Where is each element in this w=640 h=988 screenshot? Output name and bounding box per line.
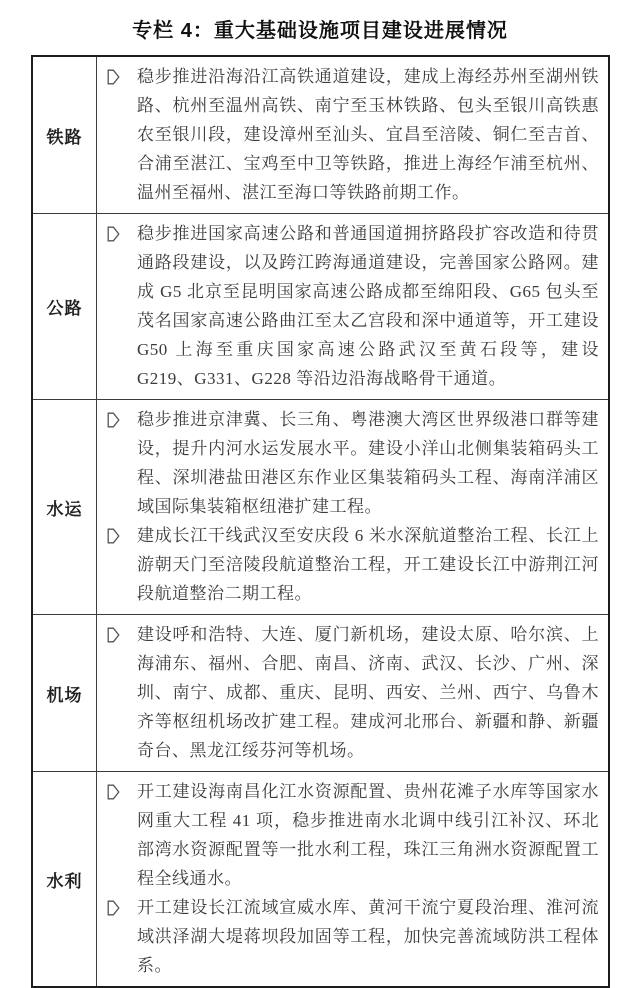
arrow-bullet-icon xyxy=(107,627,120,643)
bullet-item: 稳步推进国家高速公路和普通国道拥挤路段扩容改造和待贯通路段建设，以及跨江跨海通道… xyxy=(107,219,599,393)
bullet-text: 建成长江干线武汉至安庆段 6 米水深航道整治工程、长江上游朝天门至涪陵段航道整治… xyxy=(137,521,599,608)
bullet-item: 稳步推进沿海沿江高铁通道建设，建成上海经苏州至湖州铁路、杭州至温州高铁、南宁至玉… xyxy=(107,62,599,207)
bullet-item: 建成长江干线武汉至安庆段 6 米水深航道整治工程、长江上游朝天门至涪陵段航道整治… xyxy=(107,521,599,608)
row-label: 机场 xyxy=(33,615,97,771)
bullet-item: 建设呼和浩特、大连、厦门新机场，建设太原、哈尔滨、上海浦东、福州、合肥、南昌、济… xyxy=(107,620,599,765)
document-page: 专栏 4：重大基础设施项目建设进展情况 铁路 稳步推进沿海沿江高铁通道建设，建成… xyxy=(0,0,640,988)
table-row-公路: 公路 稳步推进国家高速公路和普通国道拥挤路段扩容改造和待贯通路段建设，以及跨江跨… xyxy=(33,214,608,400)
arrow-bullet-icon xyxy=(107,412,120,428)
box-title: 专栏 4：重大基础设施项目建设进展情况 xyxy=(0,14,640,43)
row-label: 公路 xyxy=(33,214,97,399)
row-content: 稳步推进京津冀、长三角、粤港澳大湾区世界级港口群等建设，提升内河水运发展水平。建… xyxy=(97,400,608,614)
arrow-bullet-icon xyxy=(107,226,120,242)
table-row-铁路: 铁路 稳步推进沿海沿江高铁通道建设，建成上海经苏州至湖州铁路、杭州至温州高铁、南… xyxy=(33,57,608,214)
bullet-text: 建设呼和浩特、大连、厦门新机场，建设太原、哈尔滨、上海浦东、福州、合肥、南昌、济… xyxy=(137,620,599,765)
table-row-机场: 机场 建设呼和浩特、大连、厦门新机场，建设太原、哈尔滨、上海浦东、福州、合肥、南… xyxy=(33,615,608,772)
arrow-bullet-icon xyxy=(107,900,120,916)
row-label: 铁路 xyxy=(33,57,97,213)
table-row-水利: 水利 开工建设海南昌化江水资源配置、贵州花滩子水库等国家水网重大工程 41 项，… xyxy=(33,772,608,986)
row-label: 水利 xyxy=(33,772,97,986)
bullet-item: 稳步推进京津冀、长三角、粤港澳大湾区世界级港口群等建设，提升内河水运发展水平。建… xyxy=(107,405,599,521)
bullet-item: 开工建设海南昌化江水资源配置、贵州花滩子水库等国家水网重大工程 41 项，稳步推… xyxy=(107,777,599,893)
arrow-bullet-icon xyxy=(107,784,120,800)
arrow-bullet-icon xyxy=(107,528,120,544)
bullet-text: 稳步推进沿海沿江高铁通道建设，建成上海经苏州至湖州铁路、杭州至温州高铁、南宁至玉… xyxy=(137,62,599,207)
bullet-text: 稳步推进国家高速公路和普通国道拥挤路段扩容改造和待贯通路段建设，以及跨江跨海通道… xyxy=(137,219,599,393)
row-content: 稳步推进国家高速公路和普通国道拥挤路段扩容改造和待贯通路段建设，以及跨江跨海通道… xyxy=(97,214,608,399)
row-label: 水运 xyxy=(33,400,97,614)
row-content: 开工建设海南昌化江水资源配置、贵州花滩子水库等国家水网重大工程 41 项，稳步推… xyxy=(97,772,608,986)
bullet-text: 开工建设长江流域宣威水库、黄河干流宁夏段治理、淮河流域洪泽湖大堤蒋坝段加固等工程… xyxy=(137,893,599,980)
bullet-item: 开工建设长江流域宣威水库、黄河干流宁夏段治理、淮河流域洪泽湖大堤蒋坝段加固等工程… xyxy=(107,893,599,980)
arrow-bullet-icon xyxy=(107,69,120,85)
bullet-text: 开工建设海南昌化江水资源配置、贵州花滩子水库等国家水网重大工程 41 项，稳步推… xyxy=(137,777,599,893)
table-row-水运: 水运 稳步推进京津冀、长三角、粤港澳大湾区世界级港口群等建设，提升内河水运发展水… xyxy=(33,400,608,615)
row-content: 建设呼和浩特、大连、厦门新机场，建设太原、哈尔滨、上海浦东、福州、合肥、南昌、济… xyxy=(97,615,608,771)
infrastructure-progress-table: 铁路 稳步推进沿海沿江高铁通道建设，建成上海经苏州至湖州铁路、杭州至温州高铁、南… xyxy=(31,55,610,988)
bullet-text: 稳步推进京津冀、长三角、粤港澳大湾区世界级港口群等建设，提升内河水运发展水平。建… xyxy=(137,405,599,521)
row-content: 稳步推进沿海沿江高铁通道建设，建成上海经苏州至湖州铁路、杭州至温州高铁、南宁至玉… xyxy=(97,57,608,213)
